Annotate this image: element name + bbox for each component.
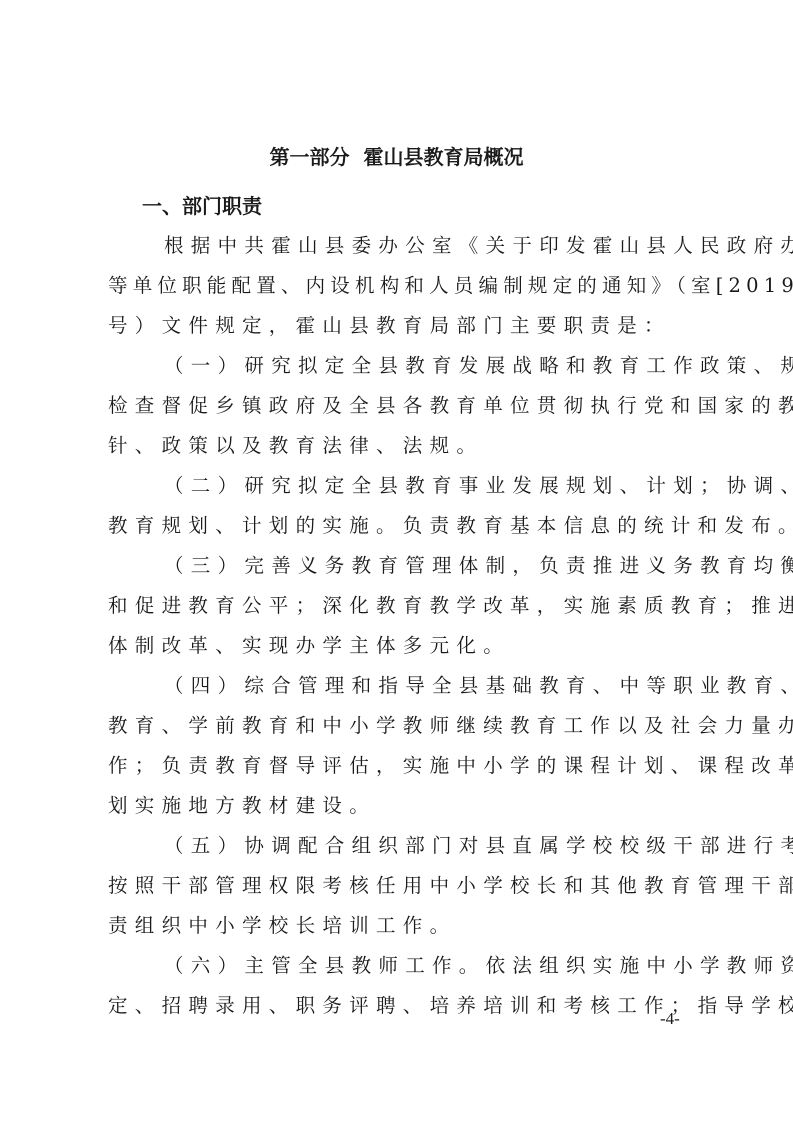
- text-line: 定、招聘录用、职务评聘、培养培训和考核工作；指导学校内部: [108, 986, 694, 1026]
- page-number: -4-: [660, 1008, 680, 1030]
- text-line: （三）完善义务教育管理体制，负责推进义务教育均衡发展: [108, 546, 694, 586]
- text-line: 体制改革、实现办学主体多元化。: [108, 626, 694, 666]
- paragraph-duty-3: （三）完善义务教育管理体制，负责推进义务教育均衡发展 和促进教育公平；深化教育教…: [108, 546, 694, 666]
- text-line: （六）主管全县教师工作。依法组织实施中小学教师资格认: [108, 946, 694, 986]
- text-line: 根据中共霍山县委办公室《关于印发霍山县人民政府办公室: [108, 226, 694, 266]
- text-line: 责组织中小学校长培训工作。: [108, 906, 694, 946]
- text-line: 划实施地方教材建设。: [108, 786, 694, 826]
- paragraph-duty-4: （四）综合管理和指导全县基础教育、中等职业教育、成人 教育、学前教育和中小学教师…: [108, 666, 694, 826]
- text-line: 教育、学前教育和中小学教师继续教育工作以及社会力量办学工: [108, 706, 694, 746]
- document-body: 根据中共霍山县委办公室《关于印发霍山县人民政府办公室 等单位职能配置、内设机构和…: [108, 226, 694, 1026]
- paragraph-duty-2: （二）研究拟定全县教育事业发展规划、计划；协调、指导 教育规划、计划的实施。负责…: [108, 466, 694, 546]
- text-line: 作；负责教育督导评估，实施中小学的课程计划、课程改革，规: [108, 746, 694, 786]
- text-line: 检查督促乡镇政府及全县各教育单位贯彻执行党和国家的教育方: [108, 386, 694, 426]
- section-heading: 一、部门职责: [142, 192, 262, 220]
- text-line: （一）研究拟定全县教育发展战略和教育工作政策、规定；: [108, 346, 694, 386]
- paragraph-duty-5: （五）协调配合组织部门对县直属学校校级干部进行考核， 按照干部管理权限考核任用中…: [108, 826, 694, 946]
- paragraph-duty-6: （六）主管全县教师工作。依法组织实施中小学教师资格认 定、招聘录用、职务评聘、培…: [108, 946, 694, 1026]
- document-page: 第一部分 霍山县教育局概况 一、部门职责 根据中共霍山县委办公室《关于印发霍山县…: [0, 0, 793, 1122]
- text-line: 按照干部管理权限考核任用中小学校长和其他教育管理干部；负: [108, 866, 694, 906]
- text-line: 号）文件规定，霍山县教育局部门主要职责是：: [108, 306, 694, 346]
- page-title: 第一部分 霍山县教育局概况: [0, 143, 793, 171]
- text-line: （五）协调配合组织部门对县直属学校校级干部进行考核，: [108, 826, 694, 866]
- paragraph-intro: 根据中共霍山县委办公室《关于印发霍山县人民政府办公室 等单位职能配置、内设机构和…: [108, 226, 694, 346]
- text-line: 和促进教育公平；深化教育教学改革，实施素质教育；推进办学: [108, 586, 694, 626]
- text-line: 针、政策以及教育法律、法规。: [108, 426, 694, 466]
- text-line: 等单位职能配置、内设机构和人员编制规定的通知》（室[2019]25: [108, 266, 694, 306]
- paragraph-duty-1: （一）研究拟定全县教育发展战略和教育工作政策、规定； 检查督促乡镇政府及全县各教…: [108, 346, 694, 466]
- text-line: （四）综合管理和指导全县基础教育、中等职业教育、成人: [108, 666, 694, 706]
- text-line: 教育规划、计划的实施。负责教育基本信息的统计和发布。: [108, 506, 694, 546]
- text-line: （二）研究拟定全县教育事业发展规划、计划；协调、指导: [108, 466, 694, 506]
